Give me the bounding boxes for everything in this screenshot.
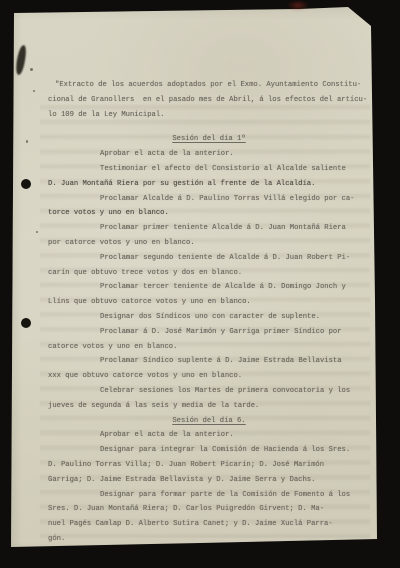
text-line: cional de Granollers en el pasado mes de… [48,93,370,108]
text-line: Designar dos Síndicos uno con caracter d… [48,310,370,325]
session-heading: Sesión del día 6. [48,414,370,429]
scanned-document-photo: "Extracto de los acuerdos adoptados por … [0,0,400,568]
document-text: "Extracto de los acuerdos adoptados por … [48,78,370,547]
paper-speck [33,90,35,92]
text-line: "Extracto de los acuerdos adoptados por … [48,78,370,93]
text-line: torce votos y uno en blanco. [48,206,370,221]
text-line: xxx que obtuvo catorce votos y uno en bl… [48,369,370,384]
text-line: D. Paulino Torras Villa; D. Juan Robert … [48,458,370,473]
document-page: "Extracto de los acuerdos adoptados por … [0,0,400,568]
paper-speck [26,140,28,143]
text-line: Aprobar el acta de la anterior. [48,428,370,443]
text-line: Aprobar el acta de la anterior. [48,147,370,162]
text-line: Proclamar Síndico suplente á D. Jaime Es… [48,354,370,369]
text-line: gón. [48,532,370,547]
session-heading: Sesión del día 1º [48,132,370,147]
text-line: Sres. D. Juan Montañá Riera; D. Carlos P… [48,502,370,517]
text-line: jueves de segunda á las seis y media de … [48,399,370,414]
text-line: Celebrar sesiones los Martes de primera … [48,384,370,399]
text-line: lo 109 de la Ley Municipal. [48,108,370,123]
text-line: Designar para formar parte de la Comisió… [48,488,370,503]
text-line: Proclamar Alcalde á D. Paulino Torras Vi… [48,192,370,207]
text-line: Designar para integrar la Comisión de Ha… [48,443,370,458]
text-line: Testimoniar el afecto del Consistorio al… [48,162,370,177]
red-stamp-mark [287,0,309,11]
text-line: por catorce votos y uno en blanco. [48,236,370,251]
punch-hole-top [21,179,31,189]
text-line: catorce votos y uno en blanco. [48,340,370,355]
punch-hole-bottom [21,318,31,328]
text-line: Proclamar primer teniente Alcalde á D. J… [48,221,370,236]
text-line: Proclamar segundo teniente de Alcalde á … [48,251,370,266]
text-line: Proclamar tercer teniente de Alcalde á D… [48,280,370,295]
text-line: Garriga; D. Jaime Estrada Bellavista y D… [48,473,370,488]
text-line: Proclamar á D. José Marimón y Garriga pr… [48,325,370,340]
text-line: nuel Pagés Camlap D. Alberto Sutira Cane… [48,517,370,532]
paper-speck [30,68,33,71]
text-line: Llíns que obtuvo catorce votos y uno en … [48,295,370,310]
text-line: D. Juan Montañá Riera por su gestión al … [48,177,370,192]
paper-speck [36,231,38,233]
text-line: carín que obtuvo trece votos y dos en bl… [48,266,370,281]
